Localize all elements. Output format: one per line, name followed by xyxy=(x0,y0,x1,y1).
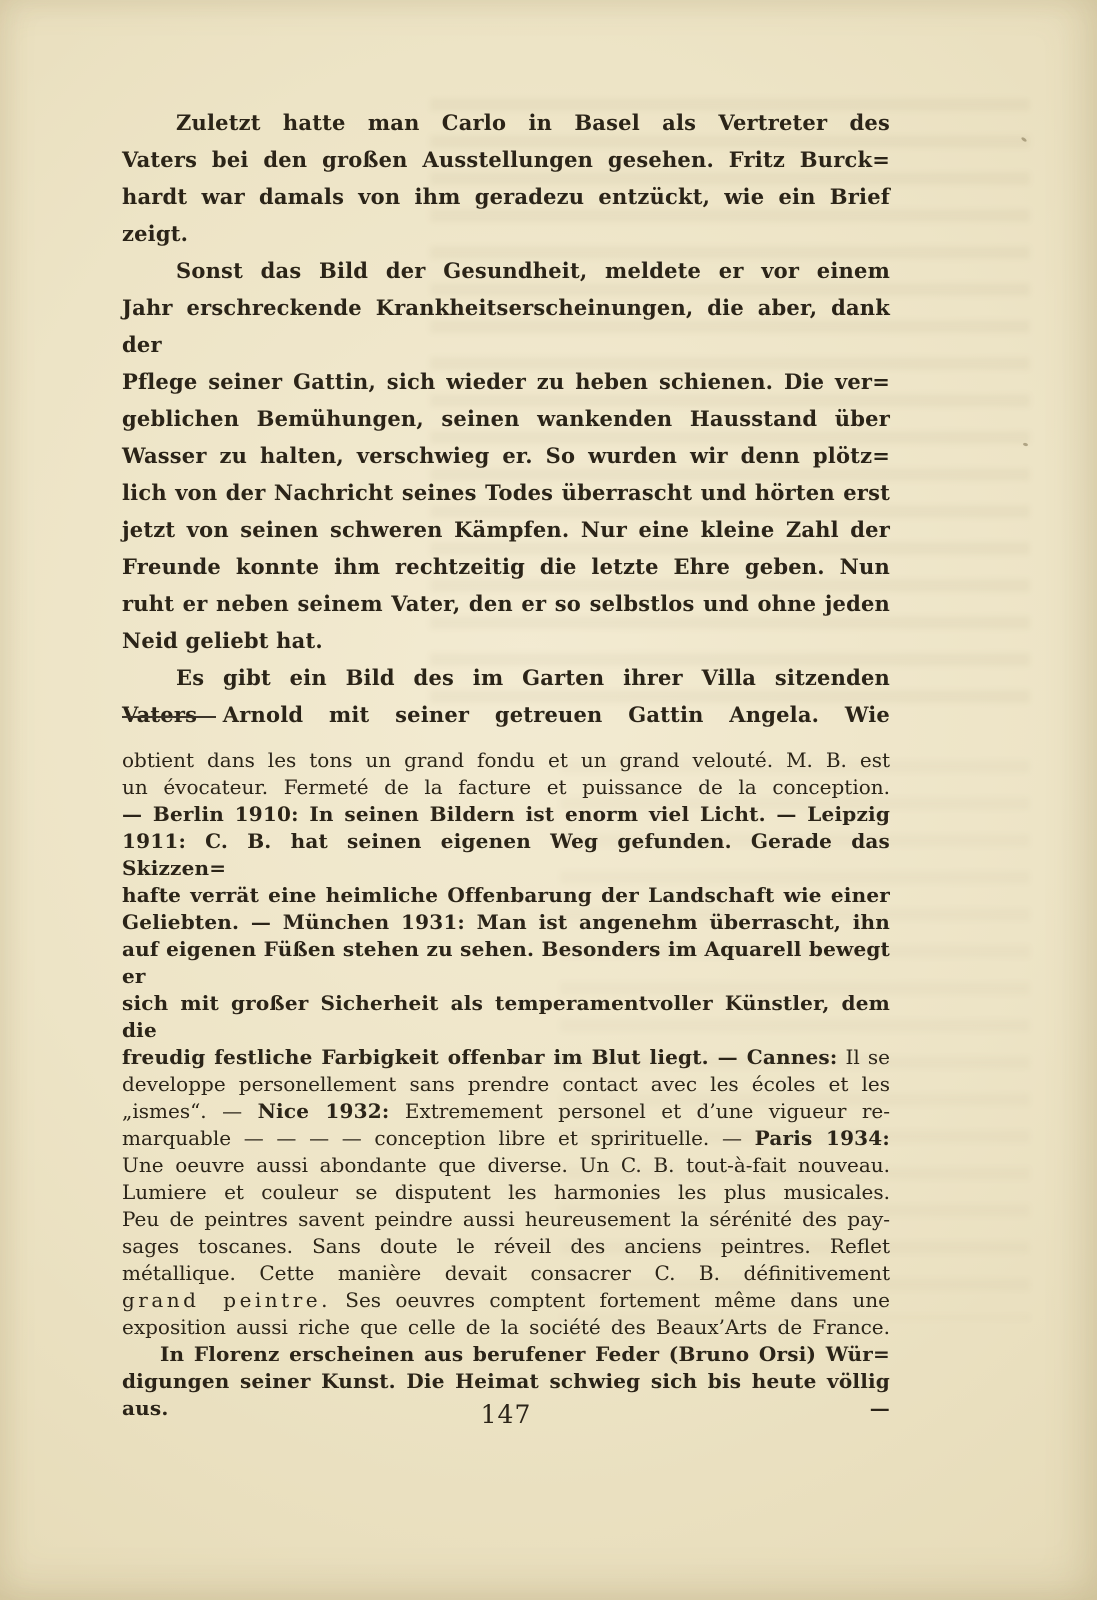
footnote-line: marquable — — — — conception libre et sp… xyxy=(122,1125,890,1152)
footnote-line: un évocateur. Fermeté de la facture et p… xyxy=(122,774,890,801)
footnote-text: Lumiere et couleur se disputent les harm… xyxy=(122,1180,890,1204)
footnote-text: grand peintre. xyxy=(122,1288,331,1312)
footnote-text: developpe personellement sans prendre co… xyxy=(122,1072,890,1096)
footnote-line: 1911: C. B. hat seinen eigenen Weg gefun… xyxy=(122,828,890,882)
footnote-text: In Florenz erscheinen aus berufener Fede… xyxy=(160,1342,890,1366)
footnote-text: Peu de peintres savent peindre aussi heu… xyxy=(122,1207,890,1231)
footnote-text: 1911: C. B. hat seinen eigenen Weg gefun… xyxy=(122,829,890,880)
footnote-text: Paris 1934: xyxy=(755,1126,890,1150)
paragraph: Es gibt ein Bild des im Garten ihrer Vil… xyxy=(122,659,890,733)
footnote-line: obtient dans les tons un grand fondu et … xyxy=(122,747,890,774)
footnote-text: Geliebten. — München 1931: Man ist angen… xyxy=(122,910,890,934)
page-number: 147 xyxy=(122,1400,890,1429)
footnote-line: sich mit großer Sicherheit als temperame… xyxy=(122,990,890,1044)
footnote-line: freudig festliche Farbigkeit offenbar im… xyxy=(122,1044,890,1071)
footnote-text: sages toscanes. Sans doute le réveil des… xyxy=(122,1234,890,1258)
text-line: Freunde konnte ihm rechtzeitig die letzt… xyxy=(122,548,890,585)
footnote-text: sich mit großer Sicherheit als temperame… xyxy=(122,991,890,1042)
main-text-block: Zuletzt hatte man Carlo in Basel als Ver… xyxy=(122,104,890,733)
footnote-text: obtient dans les tons un grand fondu et … xyxy=(122,748,890,772)
text-line: Pflege seiner Gattin, sich wieder zu heb… xyxy=(122,363,890,400)
paper-speck xyxy=(1023,442,1029,446)
text-line: Sonst das Bild der Gesundheit, meldete e… xyxy=(122,252,890,289)
text-line: Zuletzt hatte man Carlo in Basel als Ver… xyxy=(122,104,890,141)
text-line: Vaters Arnold mit seiner getreuen Gattin… xyxy=(122,696,890,733)
text-line: Wasser zu halten, verschwieg er. So wurd… xyxy=(122,437,890,474)
text-line: lich von der Nachricht seines Todes über… xyxy=(122,474,890,511)
footnote-line: Lumiere et couleur se disputent les harm… xyxy=(122,1179,890,1206)
text-line: jetzt von seinen schweren Kämpfen. Nur e… xyxy=(122,511,890,548)
footnote-separator xyxy=(122,716,216,718)
paragraph: Zuletzt hatte man Carlo in Basel als Ver… xyxy=(122,104,890,252)
footnote-line: — Berlin 1910: In seinen Bildern ist eno… xyxy=(122,801,890,828)
footnote-text: marquable — — — — conception libre et sp… xyxy=(122,1126,755,1150)
text-line: ruht er neben seinem Vater, den er so se… xyxy=(122,585,890,622)
text-line: Es gibt ein Bild des im Garten ihrer Vil… xyxy=(122,659,890,696)
footnote-line: In Florenz erscheinen aus berufener Fede… xyxy=(122,1341,890,1368)
footnote-text: Il se xyxy=(837,1045,890,1069)
footnote-line: developpe personellement sans prendre co… xyxy=(122,1071,890,1098)
footnote-text: Extremement personel et d’une vigueur re… xyxy=(389,1099,890,1123)
footnote-text: métallique. Cette manière devait consacr… xyxy=(122,1261,890,1285)
footnote-line: auf eigenen Füßen stehen zu sehen. Beson… xyxy=(122,936,890,990)
scanned-book-page: Zuletzt hatte man Carlo in Basel als Ver… xyxy=(0,0,1097,1600)
footnote-line: exposition aussi riche que celle de la s… xyxy=(122,1314,890,1341)
footnote-text: Nice 1932: xyxy=(258,1099,390,1123)
footnote-text: freudig festliche Farbigkeit offenbar im… xyxy=(122,1045,837,1069)
footnote-line: Peu de peintres savent peindre aussi heu… xyxy=(122,1206,890,1233)
footnote-text: auf eigenen Füßen stehen zu sehen. Beson… xyxy=(122,937,890,988)
footnote-text: — Berlin 1910: In seinen Bildern ist eno… xyxy=(122,802,890,826)
footnote-text: „ismes“. — xyxy=(122,1099,258,1123)
footnote-line: Geliebten. — München 1931: Man ist angen… xyxy=(122,909,890,936)
text-line: hardt war damals von ihm geradezu entzüc… xyxy=(122,178,890,215)
text-line: geblichen Bemühungen, seinen wankenden H… xyxy=(122,400,890,437)
footnote-line: „ismes“. — Nice 1932: Extremement person… xyxy=(122,1098,890,1125)
text-line: Vaters bei den großen Ausstellungen gese… xyxy=(122,141,890,178)
footnote-line: hafte verrät eine heimliche Offenbarung … xyxy=(122,882,890,909)
footnote-line: sages toscanes. Sans doute le réveil des… xyxy=(122,1233,890,1260)
footnote-text: Une oeuvre aussi abondante que diverse. … xyxy=(122,1153,890,1177)
paper-speck xyxy=(1021,137,1028,143)
footnote-text: exposition aussi riche que celle de la s… xyxy=(122,1315,890,1339)
paragraph: Sonst das Bild der Gesundheit, meldete e… xyxy=(122,252,890,659)
footnote-line: Une oeuvre aussi abondante que diverse. … xyxy=(122,1152,890,1179)
text-line: Jahr erschreckende Krankheitserscheinung… xyxy=(122,289,890,363)
footnote-text: Ses oeuvres comptent fortement même dans… xyxy=(331,1288,890,1312)
footnote-line: grand peintre. Ses oeuvres comptent fort… xyxy=(122,1287,890,1314)
footnote-text: un évocateur. Fermeté de la facture et p… xyxy=(122,775,890,799)
text-line: Neid geliebt hat. xyxy=(122,622,890,659)
footnote-line: métallique. Cette manière devait consacr… xyxy=(122,1260,890,1287)
footnote-block: obtient dans les tons un grand fondu et … xyxy=(122,747,890,1422)
text-line: zeigt. xyxy=(122,215,890,252)
footnote-text: hafte verrät eine heimliche Offenbarung … xyxy=(122,883,890,907)
